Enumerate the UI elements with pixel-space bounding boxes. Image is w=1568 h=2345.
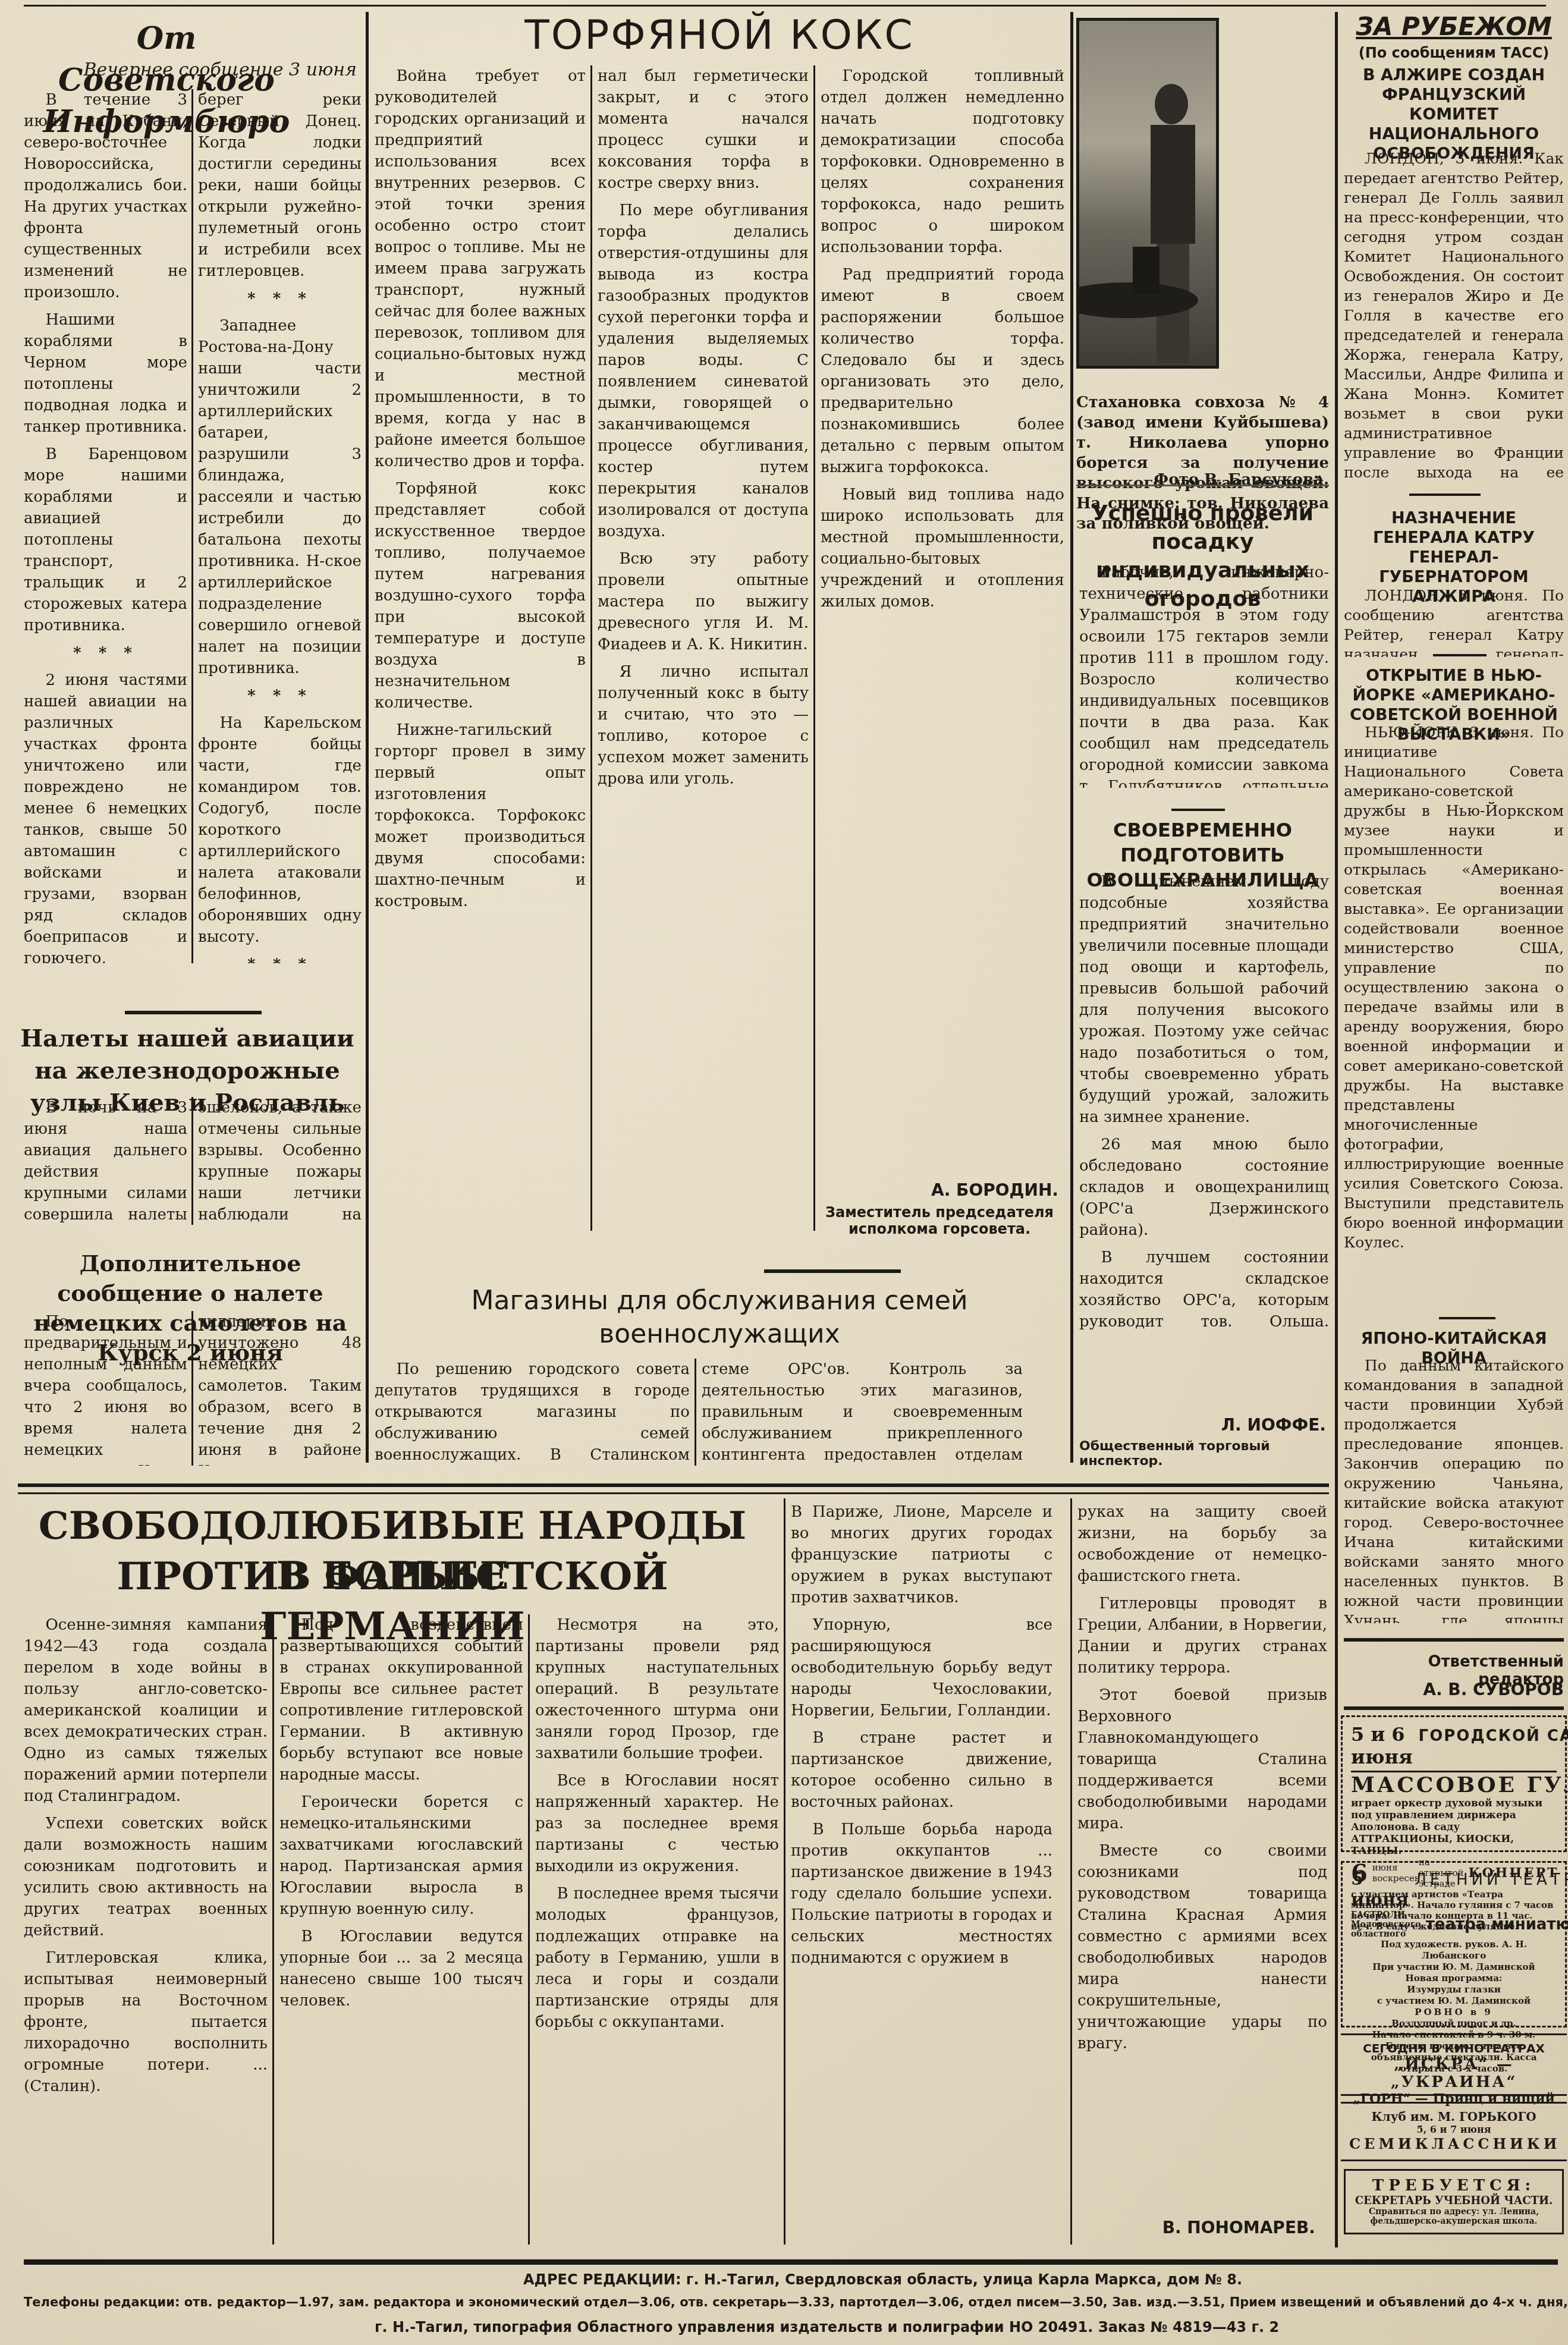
peat-col1: Война требует от руководителей городских…: [375, 65, 586, 1231]
ad-park-headline: МАССОВОЕ ГУЛЯНИЕ: [1351, 1772, 1557, 1797]
sovinform-subtitle: Вечернее сообщение 3 июня: [24, 59, 357, 80]
ad-club-dates: 5, 6 и 7 июня: [1349, 2124, 1558, 2135]
sovinform-col1: В течение 3 июня на Кубани, северо-восто…: [24, 89, 187, 963]
ad-park: 5 и 6 июня ГОРОДСКОЙ САД МАССОВОЕ ГУЛЯНИ…: [1341, 1715, 1567, 1852]
ad-club-name: Клуб им. М. ГОРЬКОГО: [1349, 2110, 1558, 2124]
ad-theatre-tour: ГАСТРОЛИ Молотовского областного: [1351, 1910, 1421, 1939]
sovinform-col2: берег реки Северный Донец. Когда лодки д…: [198, 89, 362, 963]
ad-wanted-position: СЕКРЕТАРЬ УЧЕБНОЙ ЧАСТИ.: [1354, 2195, 1554, 2207]
divider: [784, 1498, 785, 2245]
section-rule: [1344, 1706, 1564, 1710]
ad-theatre-name: театра миниатюр: [1426, 1916, 1568, 1934]
divider: [272, 1614, 274, 2245]
footer-phones: Телефоны редакции: отв. редактор—1.97, з…: [24, 2295, 1568, 2309]
ad-club-film: СЕМИКЛАССНИКИ: [1349, 2135, 1558, 2152]
ad-theatre-venue: ЛЕТНИЙ ТЕАТР: [1415, 1871, 1568, 1889]
ad-wanted-header: ТРЕБУЕТСЯ:: [1354, 2177, 1554, 2195]
footer-rule: [24, 2259, 1558, 2265]
peat-signature-role: Заместитель председателя исполкома горсо…: [821, 1204, 1058, 1237]
ad-park-date: 5 и 6 июня: [1351, 1723, 1413, 1768]
ad-theatre-line: Под художеств. руков. А. Н. Любанского: [1351, 1939, 1557, 1961]
divider: [528, 1614, 530, 2245]
freedom-col4: В Париже, Лионе, Марселе и во многих дру…: [791, 1501, 1052, 2245]
peat-col2: нал был герметически закрыт, и с этого м…: [598, 65, 809, 1231]
storage-signature: Л. ИОФФЕ.: [1076, 1415, 1326, 1435]
top-rule: [24, 5, 1546, 7]
section-rule: [1433, 654, 1487, 656]
gardens-body: Рабочие, инженерно-технические работники…: [1079, 562, 1329, 788]
divider: [813, 65, 815, 1231]
storage-body: В нынешнем году подсобные хозяйства пред…: [1079, 871, 1329, 1335]
shops-col2: стеме ОРС'ов. Контроль за деятельностью …: [702, 1359, 1023, 1466]
kursk-col2: тиллерии уничтожено 48 немецких самолето…: [198, 1311, 362, 1466]
ad-cinema: СЕГОДНЯ В КИНОТЕАТРАХ „ИСКРА“ — „УКРАИНА…: [1341, 2033, 1567, 2096]
peat-title: ТОРФЯНОЙ КОКС: [375, 9, 1064, 62]
ad-cinema-line1: „ИСКРА“ — „УКРАИНА“: [1349, 2055, 1558, 2091]
wavy-rule: [1076, 485, 1329, 486]
shops-title: Магазины для обслуживания семей военносл…: [375, 1284, 1064, 1351]
peat-signature: А. БОРОДИН.: [821, 1180, 1058, 1200]
ad-theatre-line: Изумруды глазки: [1351, 1984, 1557, 1995]
section-rule: [18, 1492, 1329, 1494]
storage-signature-role: Общественный торговый инспектор.: [1079, 1439, 1329, 1469]
ad-theatre-line: Новая программа:: [1351, 1973, 1557, 1984]
divider: [191, 1097, 193, 1225]
footer-printer: г. Н.-Тагил, типография Областного управ…: [375, 2319, 1279, 2335]
divider: [1070, 12, 1073, 1463]
ad-park-text: играет оркестр духовой музыки под управл…: [1351, 1797, 1557, 1857]
shops-col1: По решению городского совета депутатов т…: [375, 1359, 690, 1466]
divider: [1335, 12, 1338, 2247]
newspaper-page: От Советского Информбюро Вечернее сообще…: [0, 0, 1568, 2345]
ad-theatre-date: 5 июня: [1351, 1869, 1409, 1910]
editor-name: А. В. СУВОРОВ: [1344, 1680, 1564, 1699]
divider: [191, 1311, 193, 1466]
section-rule: [764, 1269, 901, 1273]
abroad-item-body: НЬЮ-ЙОРК, 3 июня. По инициативе Национал…: [1344, 722, 1564, 1311]
section-rule: [1344, 1638, 1564, 1642]
abroad-section-title: ЗА РУБЕЖОМ: [1344, 12, 1564, 41]
abroad-item-body: ЛОНДОН, 3 июня. По сообщению агентства Р…: [1344, 586, 1564, 657]
kursk-col1: По предварительным и неполным данным вче…: [24, 1311, 187, 1466]
abroad-item-body: ЛОНДОН, 3 июня. Как передает агентство Р…: [1344, 149, 1564, 482]
ad-theatre-line: При участии Ю. М. Даминской: [1351, 1961, 1557, 1973]
section-rule: [1439, 1317, 1495, 1319]
ad-club: Клуб им. М. ГОРЬКОГО 5, 6 и 7 июня СЕМИК…: [1341, 2102, 1567, 2161]
section-rule: [1171, 809, 1225, 811]
freedom-col2: Под воздействием развертывающихся событи…: [279, 1614, 523, 2245]
raid-col1: В ночь на 3 июня наша авиация дальнего д…: [24, 1097, 187, 1225]
ad-park-venue: ГОРОДСКОЙ САД: [1419, 1727, 1568, 1745]
freedom-signature: В. ПОНОМАРЕВ.: [1077, 2218, 1315, 2237]
section-rule: [1409, 493, 1481, 496]
divider: [191, 89, 193, 963]
freedom-col3: Несмотря на это, партизаны провели ряд к…: [535, 1614, 779, 2245]
divider: [366, 12, 369, 1463]
divider: [1070, 1498, 1072, 2245]
section-rule: [125, 1011, 262, 1014]
photo-stakhanovka: [1076, 18, 1219, 369]
abroad-source: (По сообщениям ТАСС): [1344, 45, 1564, 61]
ad-cinema-header: СЕГОДНЯ В КИНОТЕАТРАХ: [1349, 2041, 1558, 2055]
peat-col3: Городской топливный отдел должен немедле…: [821, 65, 1064, 1153]
freedom-col1: Осенне-зимняя кампания 1942—43 года созд…: [24, 1614, 268, 2245]
ad-theatre-line: с участием Ю. М. Даминской: [1351, 1995, 1557, 2007]
person-figure-icon: [1079, 21, 1216, 366]
ad-wanted: ТРЕБУЕТСЯ: СЕКРЕТАРЬ УЧЕБНОЙ ЧАСТИ. Спра…: [1344, 2169, 1564, 2234]
divider: [590, 65, 592, 1231]
raid-col2: эшелонов, а также отмечены сильные взрыв…: [198, 1097, 362, 1225]
section-rule: [18, 1483, 1329, 1487]
ad-theatre-line: Воздушный пирог и др.: [1351, 2018, 1557, 2029]
ad-theatre: 5 июня ЛЕТНИЙ ТЕАТР ГАСТРОЛИ Молотовског…: [1341, 1861, 1567, 2027]
photo-credit: Фото В. Барсукова.: [1076, 470, 1329, 490]
footer-address: АДРЕС РЕДАКЦИИ: г. Н.-Тагил, Свердловска…: [523, 2271, 1242, 2288]
ad-wanted-contact: Справиться по адресу: ул. Ленина, фельдш…: [1354, 2207, 1554, 2226]
ad-theatre-line: РОВНО в 9: [1351, 2007, 1557, 2018]
divider: [695, 1359, 696, 1466]
freedom-col5: руках на защиту своей жизни, на борьбу з…: [1077, 1501, 1327, 2203]
abroad-item-body: По данным китайского командования в запа…: [1344, 1356, 1564, 1623]
